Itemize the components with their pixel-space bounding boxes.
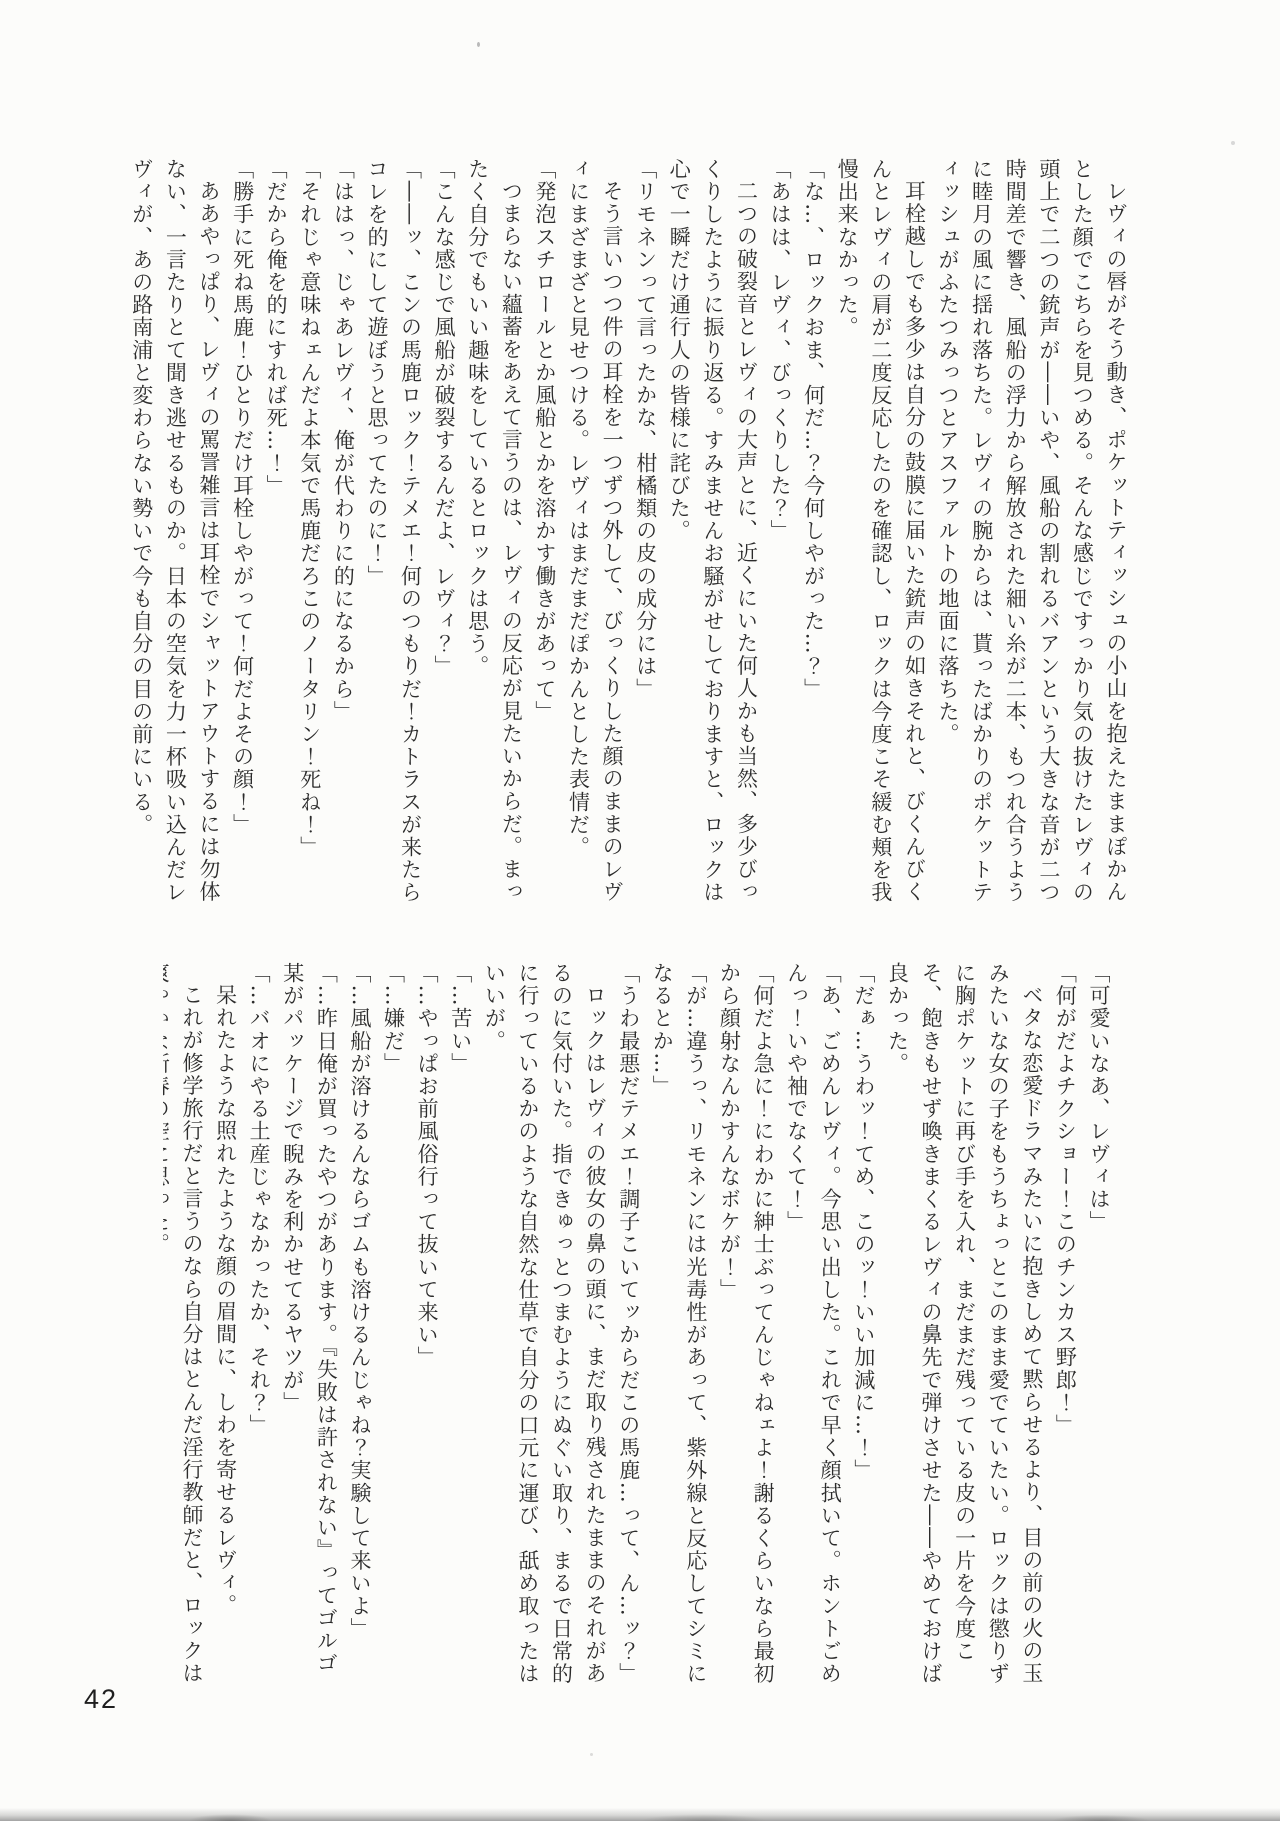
narrative: ロックはレヴィの彼女の鼻の頭に、まだ取り残されたままのそれがあるのに気付いた。指… [477, 962, 611, 1694]
upper-text-block: レヴィの唇がそう動き、ポケットティッシュの小山を抱えたままぽかんとした顔でこちら… [122, 158, 1132, 914]
narrative: そう言いつつ件の耳栓を一つずつ外して、びっくりした顔のままのレヴィにまざまざと見… [561, 158, 628, 914]
dialogue: 「それじゃ意味ねェんだよ本気で馬鹿だろこのノータリン！死ね！」 [292, 158, 326, 914]
dialogue: 「可愛いなあ、レヴィは」 [1081, 962, 1115, 1694]
dialogue: 「だから俺を的にすれば死…！」 [259, 158, 293, 914]
narrative: ベタな恋愛ドラマみたいに抱きしめて黙らせるより、目の前の火の玉みたいな女の子をも… [880, 962, 1048, 1694]
dialogue: 「勝手に死ね馬鹿！ひとりだけ耳栓しやがって！何だよその顔！」 [225, 158, 259, 914]
scan-speck [1231, 141, 1235, 145]
dialogue: 「こんな感じで風船が破裂するんだよ、レヴィ？」 [427, 158, 461, 914]
dialogue: 「…風船が溶けるんならゴムも溶けるんじゃね？実験して来いよ」 [342, 962, 376, 1694]
scan-speck [590, 1753, 593, 1756]
scanned-novel-page: レヴィの唇がそう動き、ポケットティッシュの小山を抱えたままぽかんとした顔でこちら… [0, 0, 1280, 1821]
narrative: レヴィの唇がそう動き、ポケットティッシュの小山を抱えたままぽかんとした顔でこちら… [930, 158, 1132, 914]
dialogue: 「…嫌だ」 [376, 962, 410, 1694]
dialogue: 「ははっ、じゃあレヴィ、俺が代わりに的になるから」 [326, 158, 360, 914]
dialogue: 「何がだよチクショー！このチンカス野郎！」 [1048, 962, 1082, 1694]
scan-edge-artifact [0, 1808, 1280, 1821]
narrative: 耳栓越しでも多少は自分の鼓膜に届いた銃声の如きそれと、びくんびくんとレヴィの肩が… [830, 158, 931, 914]
dialogue: 「な…、ロックおま、何だ…？今何しやがった…？」 [796, 158, 830, 914]
dialogue: 「…やっぱお前風俗行って抜いて来い」 [410, 962, 444, 1694]
scan-speck [477, 42, 480, 47]
lower-text-block: 「可愛いなあ、レヴィは」「何がだよチクショー！このチンカス野郎！」ベタな恋愛ドラ… [163, 962, 1115, 1694]
dialogue: 「発泡スチロールとか風船とかを溶かす働きがあって」 [527, 158, 561, 914]
narrative: これが修学旅行だと言うのなら自分はとんだ淫行教師だと、ロックは爽やかな新春の空に… [163, 962, 208, 1694]
narrative: 呆れたような照れたような顔の眉間に、しわを寄せるレヴィ。 [208, 962, 242, 1694]
dialogue: 「何だよ急に！にわかに紳士ぶってんじゃねェよ！謝るくらいなら最初から顔射なんかす… [712, 962, 779, 1694]
dialogue: 「あはは、レヴィ、びっくりした？」 [762, 158, 796, 914]
narrative: つまらない蘊蓄をあえて言うのは、レヴィの反応が見たいからだ。まったく自分でもいい… [460, 158, 527, 914]
dialogue: 「が…違うっ、リモネンには光毒性があって、紫外線と反応してシミになるとか…」 [645, 962, 712, 1694]
dialogue: 「…バオにやる土産じゃなかったか、それ？」 [242, 962, 276, 1694]
dialogue: 「あ、ごめんレヴィ。今思い出した。これで早く顔拭いて。ホントごめんっ！いや袖でな… [779, 962, 846, 1694]
dialogue: 「うわ最悪だテメエ！調子こいてッからだこの馬鹿…って、ん…ッ？」 [611, 962, 645, 1694]
narrative: 二つの破裂音とレヴィの大声とに、近くにいた何人かも当然、多少びっくりしたように振… [662, 158, 763, 914]
dialogue: 「…苦い」 [443, 962, 477, 1694]
dialogue: 「――ッ、こンの馬鹿ロック！テメエ！何のつもりだ！カトラスが来たらコレを的にして… [359, 158, 426, 914]
dialogue: 「…昨日俺が買ったやつがあります。『失敗は許されない』ってゴルゴ某がパッケージで… [275, 962, 342, 1694]
dialogue: 「だぁ…うわッ！てめ、このッ！いい加減に…！」 [846, 962, 880, 1694]
page-number: 42 [84, 1684, 118, 1715]
dialogue: 「リモネンって言ったかな、柑橘類の皮の成分には」 [628, 158, 662, 914]
narrative: ああやっぱり、レヴィの罵詈雑言は耳栓でシャットアウトするには勿体ない、一言たりと… [124, 158, 225, 914]
